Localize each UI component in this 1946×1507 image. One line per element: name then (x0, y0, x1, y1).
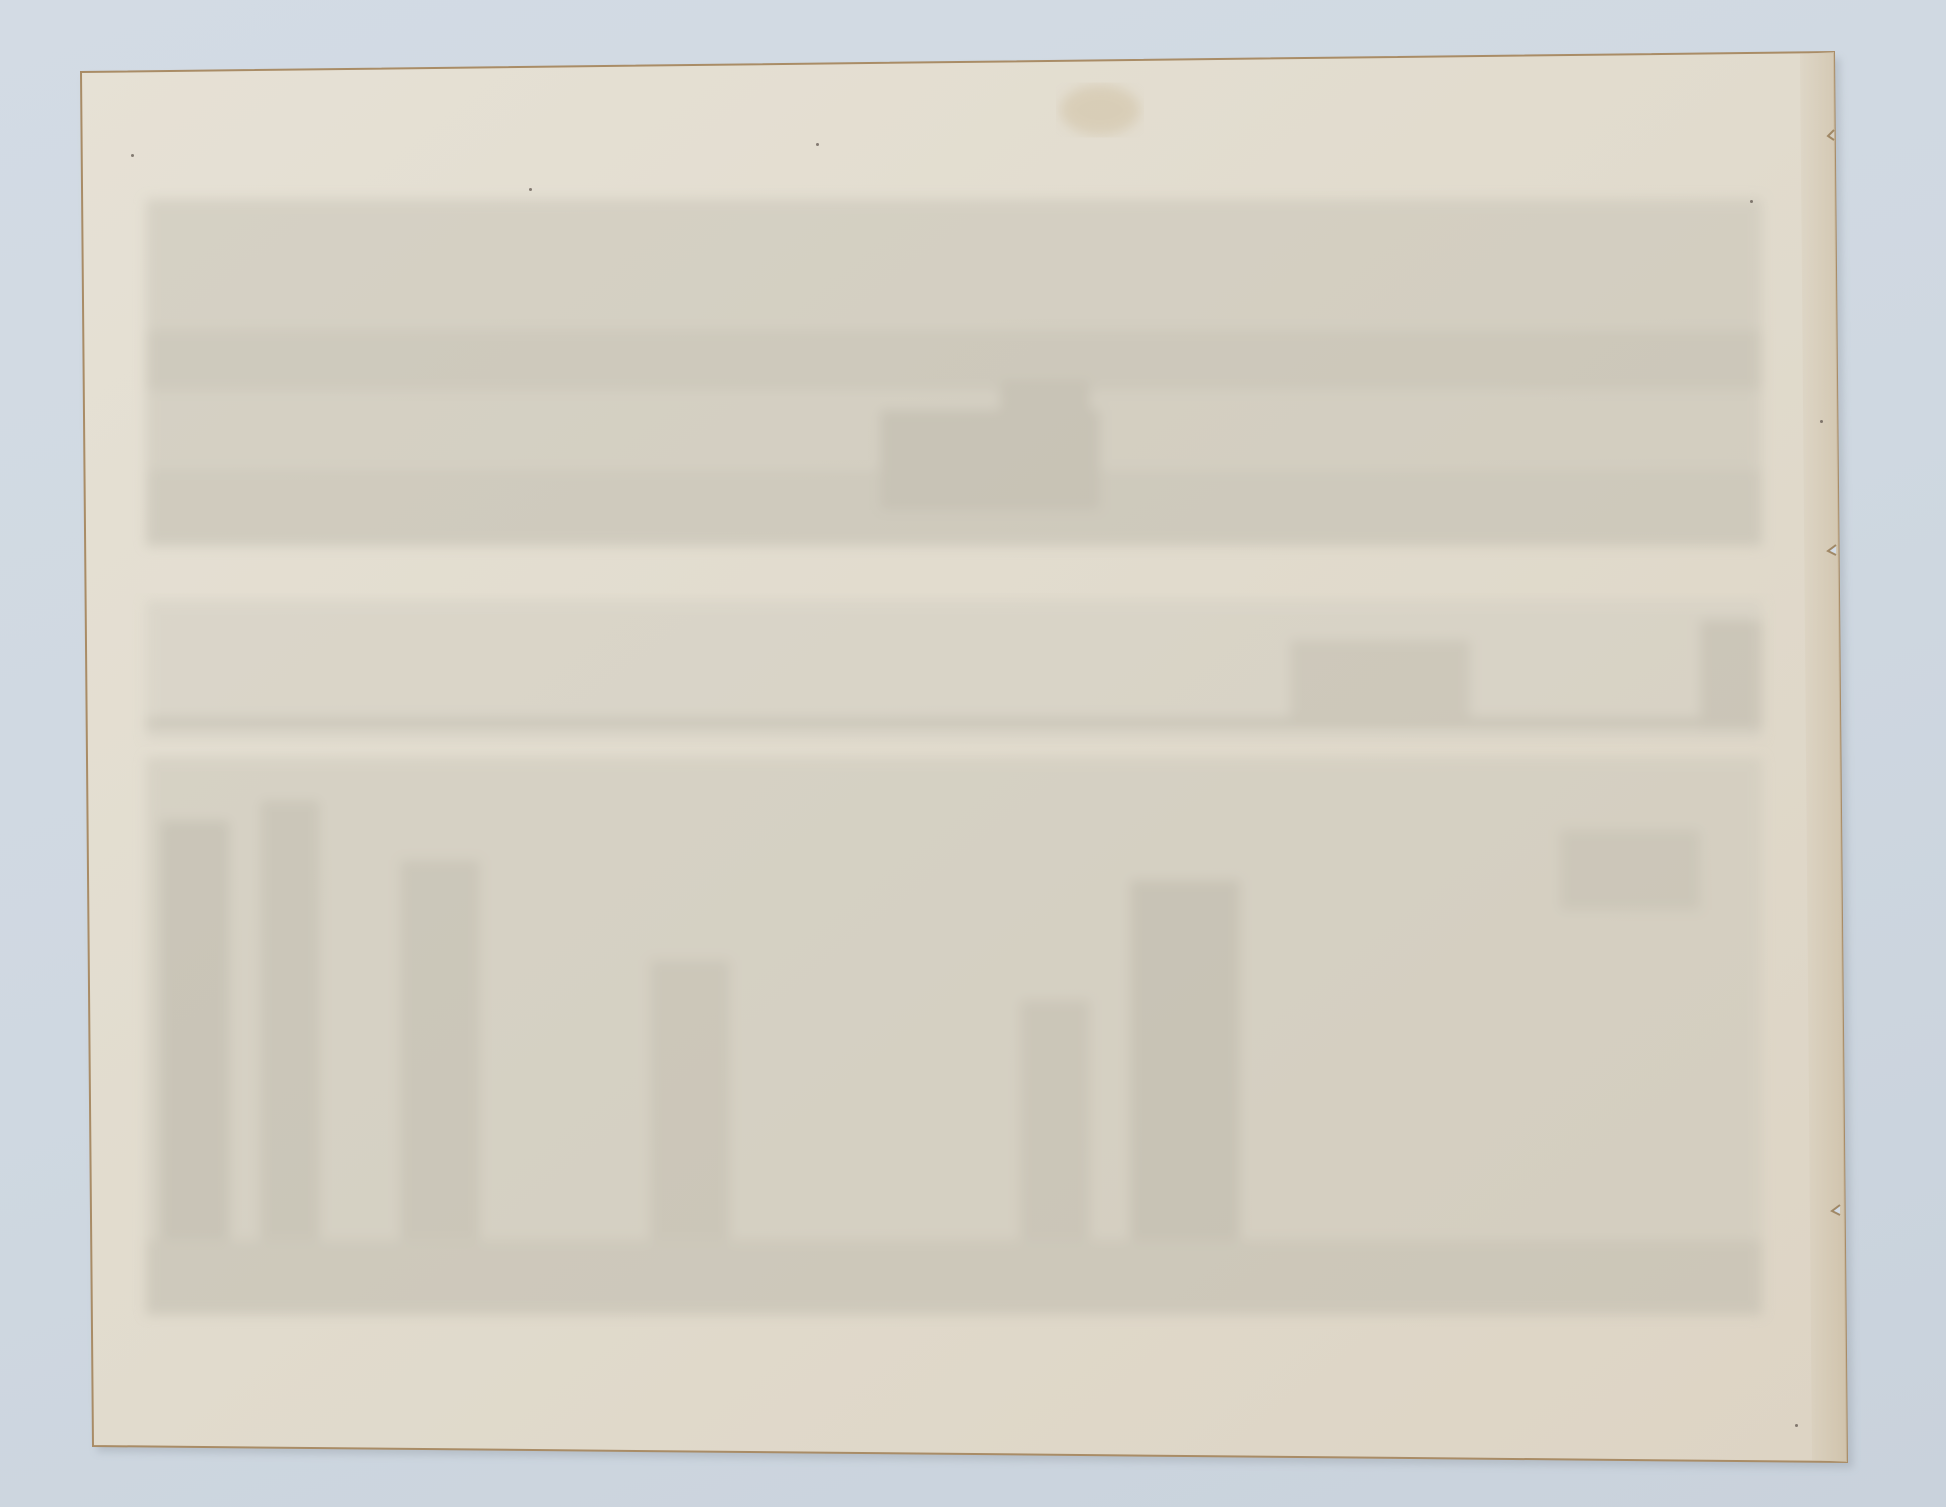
upper-panel-showthrough (146, 199, 1762, 546)
speck (1795, 1424, 1798, 1427)
foxing-stain (1060, 85, 1140, 135)
paper-svg (0, 0, 1946, 1507)
paper-sheet (0, 0, 1946, 1507)
speck (1820, 420, 1823, 423)
speck (1750, 200, 1753, 203)
speck (529, 188, 532, 191)
middle-horizon-showthrough (146, 600, 1762, 740)
photo-scene (0, 0, 1946, 1507)
speck (131, 154, 134, 157)
speck (816, 143, 819, 146)
lower-panel-showthrough (146, 757, 1762, 1315)
